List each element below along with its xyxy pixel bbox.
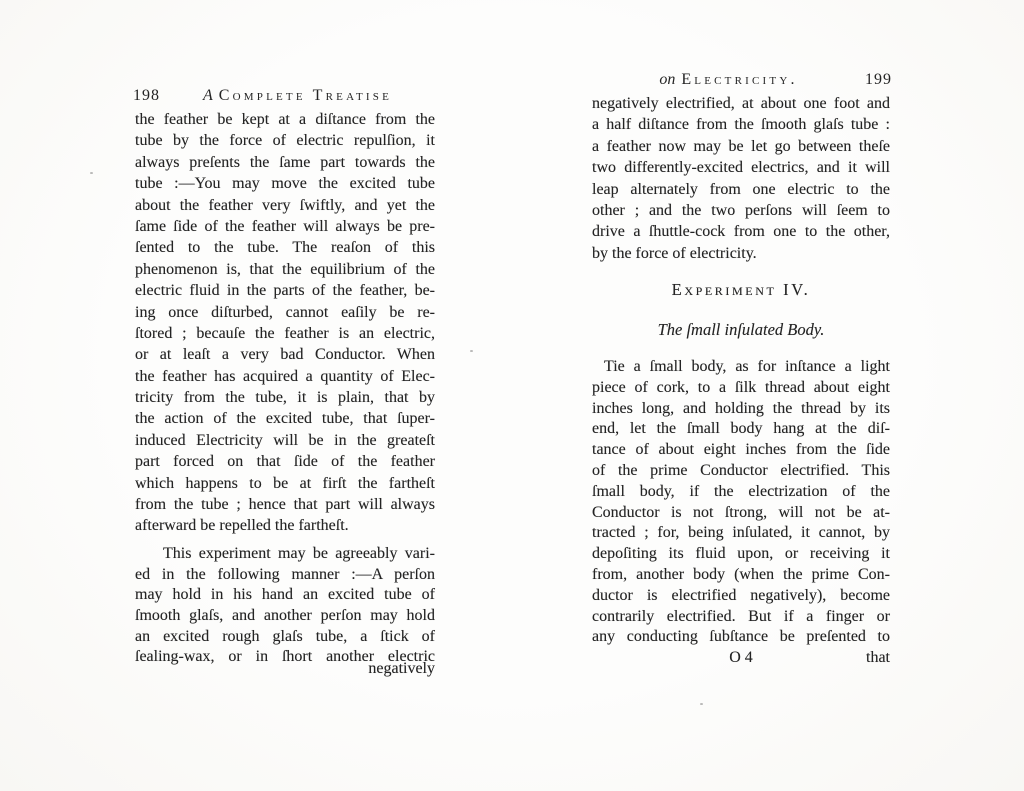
left-page-header: 198 AComplete Treatise <box>133 87 435 105</box>
text-line: two differently-excited electrics, and i… <box>592 157 890 178</box>
text-line: contrarily electrified. But if a finger … <box>592 607 890 628</box>
text-line: a half diſtance from the ſmooth glaſs tu… <box>592 114 890 135</box>
right-page-number: 199 <box>865 71 892 89</box>
scan-speckle <box>700 703 703 705</box>
signature-line: O 4 that <box>592 649 890 667</box>
text-line: Tie a ſmall body, as for inſtance a ligh… <box>592 357 890 378</box>
text-line: piece of cork, to a ſilk thread about ei… <box>592 378 890 399</box>
text-line: phenomenon is, that the equilibrium of t… <box>135 259 435 280</box>
right-running-title-prefix: on <box>659 71 675 88</box>
text-line: ſmooth glaſs, and another perſon may hol… <box>135 606 435 627</box>
text-line: depoſiting its fluid upon, or receiving … <box>592 544 890 565</box>
text-line: by the force of electricity. <box>592 243 890 264</box>
text-line: about the feather very ſwiftly, and yet … <box>135 195 435 216</box>
text-line: ſmall body, if the electrization of the <box>592 482 890 503</box>
right-paragraph-1: negatively electrified, at about one foo… <box>592 93 890 264</box>
right-paragraph-2: Tie a ſmall body, as for inſtance a ligh… <box>592 357 890 648</box>
left-page-number: 198 <box>133 87 160 105</box>
text-line: from the tube ; hence that part will alw… <box>135 494 435 515</box>
left-running-title: AComplete Treatise <box>160 87 435 105</box>
right-running-title-text: Electricity. <box>681 71 797 88</box>
text-line: which happens to be at firſt the fartheſ… <box>135 473 435 494</box>
text-line: from, another body (when the prime Con- <box>592 565 890 586</box>
left-paragraph-1: the feather be kept at a diſtance from t… <box>135 109 435 537</box>
scan-speckle <box>90 172 93 174</box>
text-line: ing once diſturbed, cannot eaſily be re- <box>135 302 435 323</box>
text-line: part forced on that ſide of the feather <box>135 451 435 472</box>
text-line: tricity from the tube, it is plain, that… <box>135 387 435 408</box>
text-line: ſame ſide of the feather will always be … <box>135 216 435 237</box>
text-line: inches long, and holding the thread by i… <box>592 399 890 420</box>
right-catchword: that <box>866 649 890 667</box>
left-running-title-prefix: A <box>203 87 213 104</box>
text-line: Conductor is not ſtrong, will not be at- <box>592 503 890 524</box>
text-line: any conducting ſubſtance be preſented to <box>592 627 890 648</box>
text-line: always preſents the ſame part towards th… <box>135 152 435 173</box>
left-paragraph-2: This experiment may be agreeably vari-ed… <box>135 544 435 668</box>
text-line: tracted ; for, being inſulated, it canno… <box>592 523 890 544</box>
text-line: electric fluid in the parts of the feath… <box>135 280 435 301</box>
text-line: leap alternately from one electric to th… <box>592 179 890 200</box>
text-line: ſented to the tube. The reaſon of this <box>135 237 435 258</box>
text-line: ed in the following manner :—A perſon <box>135 565 435 586</box>
right-page: onElectricity. 199 negatively electrifie… <box>0 0 1024 18</box>
scan-speckle <box>470 350 473 352</box>
text-line: end, let the ſmall body hang at the diſ- <box>592 419 890 440</box>
book-scan-spread: 198 AComplete Treatise the feather be ke… <box>0 0 1024 791</box>
text-line: the feather has acquired a quantity of E… <box>135 366 435 387</box>
text-line: the action of the excited tube, that ſup… <box>135 408 435 429</box>
text-line: ſtored ; becauſe the feather is an elect… <box>135 323 435 344</box>
experiment-subheading: The ſmall inſulated Body. <box>592 320 890 340</box>
experiment-heading: Experiment IV. <box>592 280 890 300</box>
signature-mark: O 4 <box>729 649 753 666</box>
text-line: other ; and the two perſons will ſeem to <box>592 200 890 221</box>
text-line: may hold in his hand an excited tube of <box>135 585 435 606</box>
text-line: or at leaſt a very bad Conductor. When <box>135 344 435 365</box>
text-line: tance of about eight inches from the ſid… <box>592 440 890 461</box>
text-line: an excited rough glaſs tube, a ſtick of <box>135 627 435 648</box>
right-page-header: onElectricity. 199 <box>592 71 892 89</box>
text-line: tube by the force of electric repulſion,… <box>135 130 435 151</box>
text-line: drive a ſhuttle-cock from one to the oth… <box>592 221 890 242</box>
right-running-title: onElectricity. <box>592 71 865 89</box>
text-line: afterward be repelled the fartheſt. <box>135 515 435 536</box>
text-line: of the prime Conductor electrified. This <box>592 461 890 482</box>
left-running-title-text: Complete Treatise <box>219 87 392 104</box>
text-line: ductor is electrified negatively), becom… <box>592 586 890 607</box>
text-line: a feather now may be let go between theſ… <box>592 136 890 157</box>
left-catchword: negatively <box>135 660 435 678</box>
text-line: This experiment may be agreeably vari- <box>135 544 435 565</box>
text-line: the feather be kept at a diſtance from t… <box>135 109 435 130</box>
text-line: tube :—You may move the excited tube <box>135 173 435 194</box>
text-line: induced Electricity will be in the great… <box>135 430 435 451</box>
text-line: negatively electrified, at about one foo… <box>592 93 890 114</box>
